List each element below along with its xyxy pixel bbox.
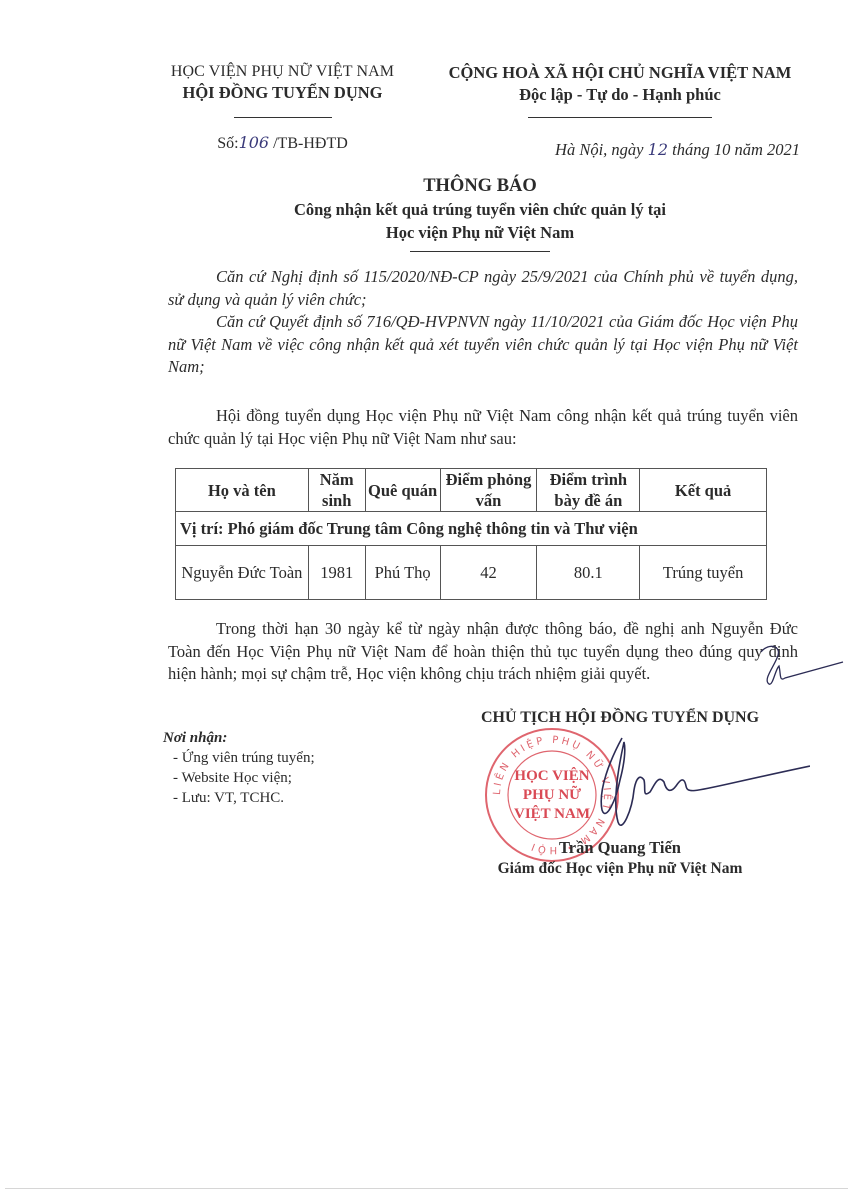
- col-header-birth-year: Năm sinh: [308, 469, 365, 512]
- ref-suffix: /TB-HĐTD: [269, 135, 348, 152]
- signer-name: Trần Quang Tiến: [455, 838, 785, 858]
- initials-mark-icon: [755, 640, 845, 700]
- legal-basis-1: Căn cứ Nghị định số 115/2020/NĐ-CP ngày …: [168, 266, 798, 311]
- reference-number: Số:106 /TB-HĐTD: [160, 133, 405, 153]
- legal-basis-2: Căn cứ Quyết định số 716/QĐ-HVPNVN ngày …: [168, 311, 798, 379]
- signature-block: CHỦ TỊCH HỘI ĐỒNG TUYỂN DỤNG: [455, 709, 785, 727]
- table-row: Nguyễn Đức Toàn 1981 Phú Thọ 42 80.1 Trú…: [176, 546, 767, 600]
- stamp-line: PHỤ NỮ: [523, 785, 581, 803]
- nation-name: CỘNG HOÀ XÃ HỘI CHỦ NGHĨA VIỆT NAM: [422, 63, 818, 83]
- recipient-item: - Ứng viên trúng tuyển;: [163, 748, 423, 768]
- position-row: Vị trí: Phó giám đốc Trung tâm Công nghệ…: [176, 512, 767, 546]
- col-header-hometown: Quê quán: [365, 469, 440, 512]
- cell-interview-score: 42: [440, 546, 537, 600]
- stamp-line: VIỆT NAM: [514, 805, 590, 822]
- issuing-organization: HỌC VIỆN PHỤ NỮ VIỆT NAM HỘI ĐỒNG TUYỂN …: [160, 63, 405, 118]
- date-suffix: tháng 10 năm 2021: [668, 140, 800, 159]
- document-subtitle-line2: Học viện Phụ nữ Việt Nam: [160, 223, 800, 243]
- col-header-result: Kết quả: [640, 469, 767, 512]
- scan-edge-divider: [5, 1188, 848, 1189]
- cell-presentation-score: 80.1: [537, 546, 640, 600]
- divider: [234, 117, 332, 118]
- legal-basis-1-text: Căn cứ Nghị định số 115/2020/NĐ-CP ngày …: [168, 267, 798, 309]
- divider: [528, 117, 712, 118]
- document-title: THÔNG BÁO: [160, 176, 800, 197]
- ref-number-handwritten: 106: [239, 133, 270, 152]
- closing-text: Trong thời hạn 30 ngày kể từ ngày nhận đ…: [168, 619, 798, 683]
- intro-text: Hội đồng tuyển dụng Học viện Phụ nữ Việt…: [168, 406, 798, 448]
- place-date: Hà Nội, ngày 12 tháng 10 năm 2021: [470, 140, 800, 160]
- intro-paragraph: Hội đồng tuyển dụng Học viện Phụ nữ Việt…: [168, 405, 798, 450]
- council-name: HỘI ĐỒNG TUYỂN DỤNG: [160, 83, 405, 103]
- cell-hometown: Phú Thọ: [365, 546, 440, 600]
- ref-prefix: Số:: [217, 135, 238, 152]
- results-table: Họ và tên Năm sinh Quê quán Điểm phỏng v…: [175, 468, 767, 600]
- document-subtitle-line1: Công nhận kết quả trúng tuyển viên chức …: [160, 200, 800, 220]
- document-title-block: THÔNG BÁO Công nhận kết quả trúng tuyển …: [160, 176, 800, 252]
- national-header: CỘNG HOÀ XÃ HỘI CHỦ NGHĨA VIỆT NAM Độc l…: [422, 63, 818, 118]
- recipient-item: - Lưu: VT, TCHC.: [163, 788, 423, 808]
- recipient-item: - Website Học viện;: [163, 768, 423, 788]
- org-name: HỌC VIỆN PHỤ NỮ VIỆT NAM: [160, 63, 405, 81]
- signer-title: Giám đốc Học viện Phụ nữ Việt Nam: [455, 860, 785, 878]
- recipients-header: Nơi nhận:: [163, 728, 423, 748]
- handwritten-signature-icon: [580, 730, 810, 840]
- col-header-interview-score: Điểm phỏng vấn: [440, 469, 537, 512]
- date-day-handwritten: 12: [648, 140, 668, 159]
- closing-paragraph: Trong thời hạn 30 ngày kể từ ngày nhận đ…: [168, 618, 798, 686]
- cell-birth-year: 1981: [308, 546, 365, 600]
- recipients-list: Nơi nhận: - Ứng viên trúng tuyển; - Webs…: [163, 728, 423, 808]
- stamp-line: HỌC VIỆN: [514, 767, 589, 784]
- signer-role: CHỦ TỊCH HỘI ĐỒNG TUYỂN DỤNG: [455, 709, 785, 727]
- col-header-presentation-score: Điểm trình bày đề án: [537, 469, 640, 512]
- legal-basis-2-text: Căn cứ Quyết định số 716/QĐ-HVPNVN ngày …: [168, 312, 798, 376]
- position-label: Vị trí: Phó giám đốc Trung tâm Công nghệ…: [176, 512, 767, 546]
- cell-name: Nguyễn Đức Toàn: [176, 546, 309, 600]
- cell-result: Trúng tuyển: [640, 546, 767, 600]
- table-header-row: Họ và tên Năm sinh Quê quán Điểm phỏng v…: [176, 469, 767, 512]
- col-header-name: Họ và tên: [176, 469, 309, 512]
- date-prefix: Hà Nội, ngày: [555, 140, 648, 159]
- divider: [410, 251, 550, 252]
- nation-motto: Độc lập - Tự do - Hạnh phúc: [422, 85, 818, 105]
